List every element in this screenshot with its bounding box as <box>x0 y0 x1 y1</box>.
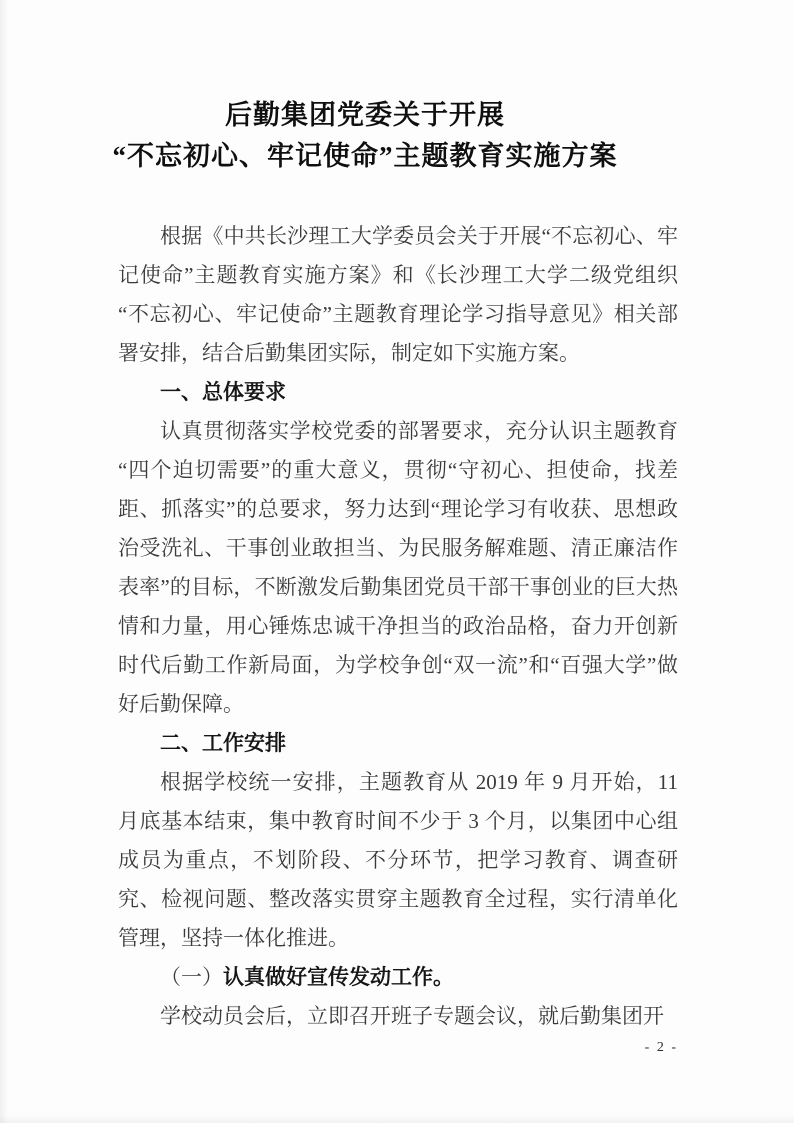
scan-artifact-left <box>0 0 8 1123</box>
overall-requirements-paragraph: 认真贯彻落实学校党委的部署要求，充分认识主题教育“四个迫切需要”的重大意义，贯彻… <box>118 412 678 724</box>
section-heading-overall-requirements: 一、总体要求 <box>118 373 678 412</box>
subsection-heading-publicity: （一）认真做好宣传发动工作。 <box>118 958 678 997</box>
publicity-paragraph: 学校动员会后，立即召开班子专题会议，就后勤集团开 <box>118 997 678 1036</box>
document-page: 后勤集团党委关于开展 “不忘初心、牢记使命”主题教育实施方案 根据《中共长沙理工… <box>0 0 794 1123</box>
intro-paragraph: 根据《中共长沙理工大学委员会关于开展“不忘初心、牢记使命”主题教育实施方案》和《… <box>118 217 678 373</box>
section-heading-work-arrangement: 二、工作安排 <box>118 724 678 763</box>
scan-artifact-bottom <box>0 1115 794 1123</box>
page-number: - 2 - <box>645 1038 678 1058</box>
subsection-number: （一） <box>160 965 223 989</box>
document-title: 后勤集团党委关于开展 “不忘初心、牢记使命”主题教育实施方案 <box>85 95 645 177</box>
work-arrangement-paragraph: 根据学校统一安排，主题教育从 2019 年 9 月开始，11 月底基本结束，集中… <box>118 763 678 958</box>
subsection-title: 认真做好宣传发动工作。 <box>223 965 454 989</box>
document-title-line-1: 后勤集团党委关于开展 <box>85 95 645 136</box>
document-body: 根据《中共长沙理工大学委员会关于开展“不忘初心、牢记使命”主题教育实施方案》和《… <box>118 217 678 1036</box>
document-content: 后勤集团党委关于开展 “不忘初心、牢记使命”主题教育实施方案 根据《中共长沙理工… <box>118 95 678 1036</box>
document-title-line-2: “不忘初心、牢记使命”主题教育实施方案 <box>85 136 645 177</box>
